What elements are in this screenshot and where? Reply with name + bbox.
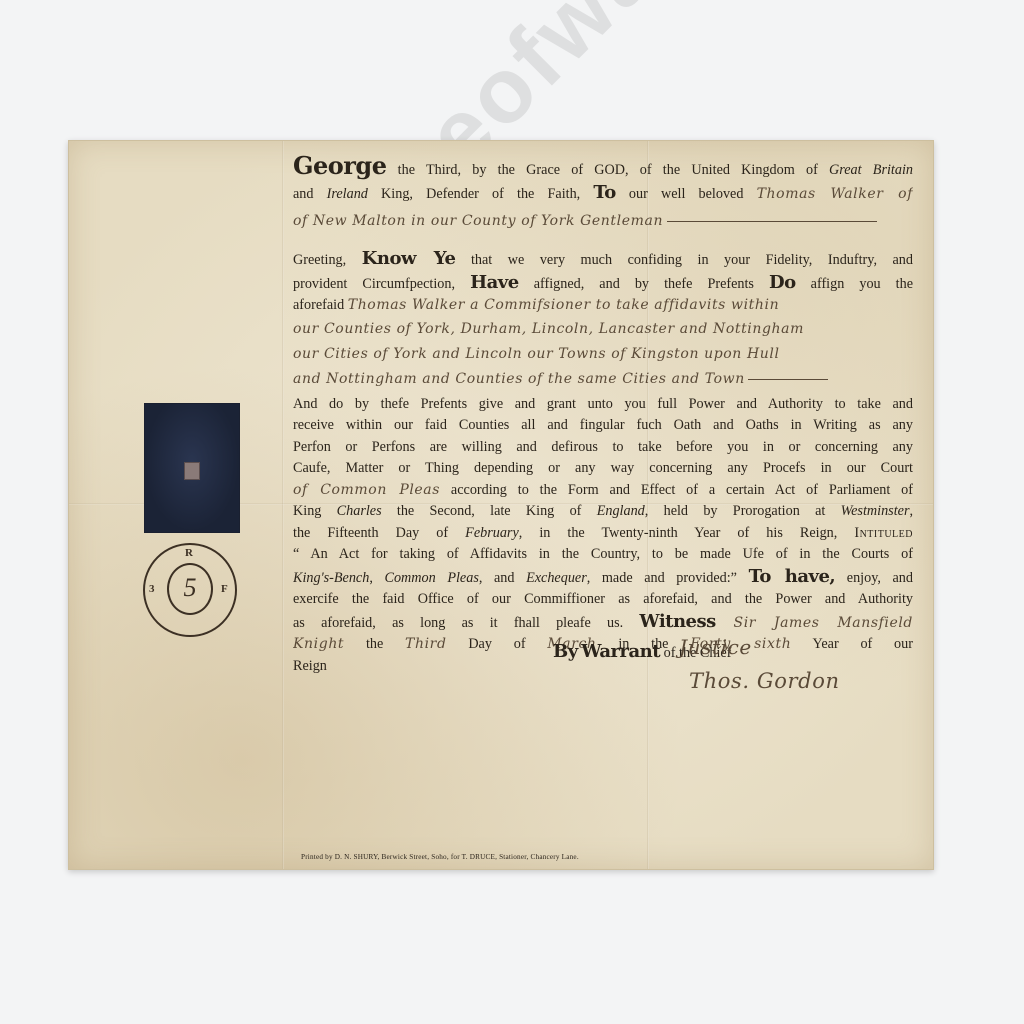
text: Day of: [447, 636, 548, 652]
revenue-stamp: [144, 403, 240, 533]
handwritten-text: and Nottingham and Counties of the same …: [293, 371, 745, 387]
handwritten-name: Thomas Walker of: [757, 186, 913, 202]
document-paper: R 3 F 5 George the Third, by the Grace o…: [68, 140, 934, 870]
text: and: [293, 186, 327, 202]
text: , made and provided:”: [587, 570, 749, 586]
document-body: George the Third, by the Grace of GOD, o…: [293, 155, 913, 677]
signature: Thos. Gordon: [689, 669, 840, 693]
text: the Third, by the Grace of GOD, of the U…: [386, 162, 829, 178]
italic-text: Exchequer: [526, 570, 587, 586]
text: ,: [909, 503, 913, 519]
line-13: Caufe, Matter or Thing depending or any …: [293, 458, 913, 480]
text: King, Defender of the Faith,: [368, 186, 594, 202]
line-11: receive within our faid Counties all and…: [293, 415, 913, 437]
seal-letter: 3: [149, 583, 155, 595]
line-1: George the Third, by the Grace of GOD, o…: [293, 155, 913, 182]
line-10: And do by thefe Prefents give and grant …: [293, 394, 913, 416]
handwritten-text: our Cities of York and Lincoln our Towns…: [293, 346, 780, 362]
handwritten-rule: [667, 221, 877, 222]
text: enjoy, and: [835, 570, 913, 586]
line-18: King's-Bench, Common Pleas, and Excheque…: [293, 566, 913, 590]
line-5: provident Circumfpection, Have affigned,…: [293, 272, 913, 296]
text: as aforefaid, as long as it fhall pleafe…: [293, 615, 639, 631]
line-19: exercife the faid Office of our Commiffi…: [293, 589, 913, 611]
stamp-emblem: [184, 462, 200, 480]
blackletter-to-have: To have,: [749, 566, 836, 587]
text: affigned, and by thefe Prefents: [519, 276, 769, 292]
line-17: “ An Act for taking of Affidavits in the…: [293, 544, 913, 566]
italic-text: King's-Bench: [293, 570, 369, 586]
line-6: aforefaid Thomas Walker a Commifsioner t…: [293, 295, 913, 317]
italic-text: Common Pleas: [384, 570, 478, 586]
blackletter-have: Have: [470, 272, 519, 293]
text: ,: [369, 570, 384, 586]
line-3: of New Malton in our County of York Gent…: [293, 209, 913, 234]
text: the: [344, 636, 405, 652]
blackletter-by: By: [553, 641, 578, 662]
line-9: and Nottingham and Counties of the same …: [293, 367, 913, 392]
seal-letter: F: [221, 583, 228, 595]
italic-text: Ireland: [327, 186, 368, 202]
seal-center-value: 5: [167, 563, 213, 615]
handwritten-rule: [748, 379, 828, 380]
blackletter-witness: Witness: [639, 611, 715, 632]
line-8: our Cities of York and Lincoln our Towns…: [293, 342, 913, 367]
handwritten-witness: Sir James Mansfield: [716, 615, 913, 631]
line-15: King Charles the Second, late King of En…: [293, 501, 913, 523]
line-14: of Common Pleas according to the Form an…: [293, 480, 913, 502]
blackletter-to: To: [593, 182, 615, 203]
text: our well beloved: [616, 186, 757, 202]
blackletter-george: George: [293, 155, 386, 180]
handwritten-text: our Counties of York, Durham, Lincoln, L…: [293, 321, 804, 337]
handwritten-justice: Justice: [679, 635, 752, 659]
italic-text: Great Britain: [829, 162, 913, 178]
line-7: our Counties of York, Durham, Lincoln, L…: [293, 317, 913, 342]
small-caps-text: Intituled: [854, 525, 913, 541]
text: that we very much confiding in your Fide…: [455, 252, 913, 268]
line-4: Greeting, Know Ye that we very much conf…: [293, 248, 913, 272]
text: affign you the: [796, 276, 913, 292]
text: Greeting,: [293, 252, 362, 268]
embossed-seal: R 3 F 5: [143, 543, 237, 637]
text: , held by Prorogation at: [645, 503, 841, 519]
line-20: as aforefaid, as long as it fhall pleafe…: [293, 611, 913, 635]
line-16: the Fifteenth Day of February, in the Tw…: [293, 523, 913, 545]
handwritten-text: Knight: [293, 636, 344, 652]
text: , in the Twenty-ninth Year of his Reign,: [519, 525, 855, 541]
handwritten-text: of Common Pleas: [293, 482, 440, 498]
fold-line-vertical: [282, 141, 284, 869]
line-12: Perfon or Perfons are willing and defiro…: [293, 437, 913, 459]
text: according to the Form and Effect of a ce…: [440, 482, 913, 498]
text: , and: [479, 570, 526, 586]
blackletter-warrant: Warrant: [581, 641, 660, 662]
printer-imprint: Printed by D. N. SHURY, Berwick Street, …: [301, 853, 579, 861]
blackletter-know-ye: Know Ye: [362, 248, 456, 269]
text: King: [293, 503, 337, 519]
blackletter-do: Do: [769, 272, 796, 293]
line-2: and Ireland King, Defender of the Faith,…: [293, 182, 913, 206]
seal-letter: R: [185, 547, 193, 559]
handwritten-text: of New Malton in our County of York Gent…: [293, 213, 663, 229]
text: Year of our: [791, 636, 913, 652]
handwritten-text: Thomas Walker a Commifsioner to take aff…: [348, 297, 779, 313]
handwritten-day: Third: [405, 636, 447, 652]
italic-text: February: [465, 525, 519, 541]
text: the Fifteenth Day of: [293, 525, 465, 541]
text: aforefaid: [293, 297, 348, 313]
text: provident Circumfpection,: [293, 276, 470, 292]
italic-text: Westminster: [841, 503, 910, 519]
text: the Second, late King of: [382, 503, 597, 519]
italic-text: England: [597, 503, 645, 519]
italic-text: Charles: [337, 503, 382, 519]
